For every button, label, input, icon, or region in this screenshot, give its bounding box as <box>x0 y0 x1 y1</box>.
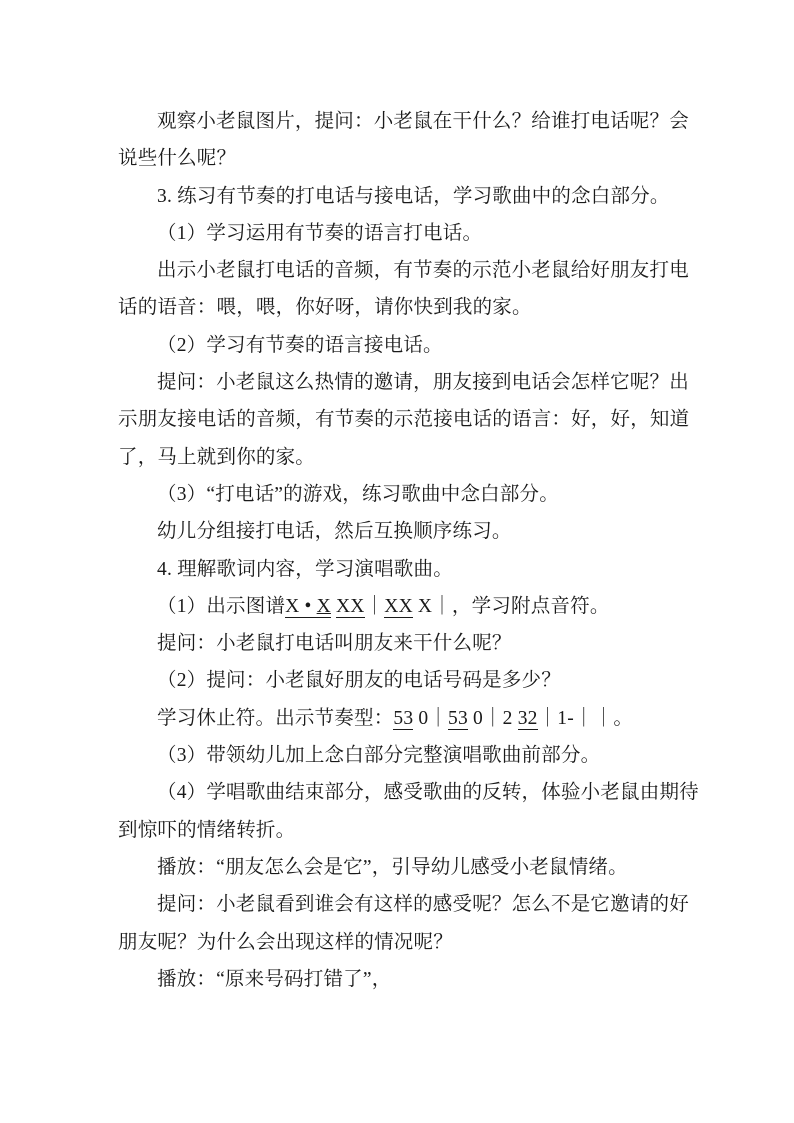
text-line: （1）出示图谱X • X XX｜XX X｜，学习附点音符。 <box>118 588 678 625</box>
text-line: 播放：“朋友怎么会是它”，引导幼儿感受小老鼠情绪。 <box>118 849 678 886</box>
text-line: 观察小老鼠图片，提问：小老鼠在干什么？给谁打电话呢？会 <box>118 103 678 140</box>
text-segment: 0｜2 <box>468 708 518 729</box>
text-line: 朋友呢？为什么会出现这样的情况呢？ <box>118 924 678 961</box>
text-segment: 到惊吓的情绪转折。 <box>118 820 295 841</box>
rhythm-notation-segment: 32 <box>518 708 538 730</box>
text-segment: 播放：“原来号码打错了”， <box>157 969 391 990</box>
text-line: 到惊吓的情绪转折。 <box>118 812 678 849</box>
text-segment: （4）学唱歌曲结束部分，感受歌曲的反转，体验小老鼠由期待 <box>157 782 699 803</box>
text-segment: （2）学习有节奏的语言接电话。 <box>157 335 443 356</box>
rhythm-notation-segment: XX <box>336 596 365 618</box>
text-segment: ｜1-｜｜。 <box>538 708 633 729</box>
text-segment: 出示小老鼠打电话的音频，有节奏的示范小老鼠给好朋友打电 <box>157 260 689 281</box>
text-segment: 观察小老鼠图片，提问：小老鼠在干什么？给谁打电话呢？会 <box>157 111 689 132</box>
text-line: 示朋友接电话的音频，有节奏的示范接电话的语言：好，好，知道 <box>118 401 678 438</box>
text-line: （2）学习有节奏的语言接电话。 <box>118 327 678 364</box>
rhythm-notation-segment: 53 <box>393 708 413 730</box>
text-segment: 播放：“朋友怎么会是它”，引导幼儿感受小老鼠情绪。 <box>157 857 628 878</box>
text-line: （4）学唱歌曲结束部分，感受歌曲的反转，体验小老鼠由期待 <box>118 774 678 811</box>
text-line: 出示小老鼠打电话的音频，有节奏的示范小老鼠给好朋友打电 <box>118 252 678 289</box>
text-line: （3）“打电话”的游戏，练习歌曲中念白部分。 <box>118 476 678 513</box>
text-segment: 示朋友接电话的音频，有节奏的示范接电话的语言：好，好，知道 <box>118 409 689 430</box>
text-line: （1）学习运用有节奏的语言打电话。 <box>118 215 678 252</box>
text-line: 话的语音：喂，喂，你好呀，请你快到我的家。 <box>118 289 678 326</box>
text-line: 3. 练习有节奏的打电话与接电话，学习歌曲中的念白部分。 <box>118 178 678 215</box>
text-segment: 提问：小老鼠看到谁会有这样的感受呢？怎么不是它邀请的好 <box>157 894 689 915</box>
document-page: 观察小老鼠图片，提问：小老鼠在干什么？给谁打电话呢？会说些什么呢？3. 练习有节… <box>0 0 794 1123</box>
text-segment: X｜，学习附点音符。 <box>413 596 610 617</box>
text-segment: 3. 练习有节奏的打电话与接电话，学习歌曲中的念白部分。 <box>157 186 670 207</box>
text-line: 播放：“原来号码打错了”， <box>118 961 678 998</box>
text-segment: 了，马上就到你的家。 <box>118 447 315 468</box>
text-line: 了，马上就到你的家。 <box>118 439 678 476</box>
text-line: （2）提问：小老鼠好朋友的电话号码是多少？ <box>118 662 678 699</box>
text-segment: 说些什么呢？ <box>118 148 236 169</box>
document-content: 观察小老鼠图片，提问：小老鼠在干什么？给谁打电话呢？会说些什么呢？3. 练习有节… <box>118 103 678 998</box>
text-line: 幼儿分组接打电话，然后互换顺序练习。 <box>118 513 678 550</box>
text-segment: 朋友呢？为什么会出现这样的情况呢？ <box>118 932 453 953</box>
text-segment: （1）出示图谱 <box>157 596 285 617</box>
text-line: 提问：小老鼠打电话叫朋友来干什么呢？ <box>118 625 678 662</box>
text-line: 提问：小老鼠这么热情的邀请，朋友接到电话会怎样它呢？出 <box>118 364 678 401</box>
text-segment: 0｜ <box>413 708 448 729</box>
text-segment: （1）学习运用有节奏的语言打电话。 <box>157 223 482 244</box>
text-line: 4. 理解歌词内容，学习演唱歌曲。 <box>118 551 678 588</box>
text-segment: 幼儿分组接打电话，然后互换顺序练习。 <box>157 521 512 542</box>
text-segment: 4. 理解歌词内容，学习演唱歌曲。 <box>157 559 453 580</box>
text-line: 说些什么呢？ <box>118 140 678 177</box>
text-segment: （3）带领幼儿加上念白部分完整演唱歌曲前部分。 <box>157 745 600 766</box>
rhythm-notation-segment: X <box>317 596 331 618</box>
text-segment: （2）提问：小老鼠好朋友的电话号码是多少？ <box>157 670 561 691</box>
text-segment: （3）“打电话”的游戏，练习歌曲中念白部分。 <box>157 484 559 505</box>
rhythm-notation-segment: XX <box>384 596 413 618</box>
text-segment: 话的语音：喂，喂，你好呀，请你快到我的家。 <box>118 297 532 318</box>
text-line: 学习休止符。出示节奏型：53 0｜53 0｜2 32｜1-｜｜。 <box>118 700 678 737</box>
text-segment: 提问：小老鼠这么热情的邀请，朋友接到电话会怎样它呢？出 <box>157 372 689 393</box>
text-line: （3）带领幼儿加上念白部分完整演唱歌曲前部分。 <box>118 737 678 774</box>
rhythm-notation-segment: X • <box>285 596 316 618</box>
text-segment: 提问：小老鼠打电话叫朋友来干什么呢？ <box>157 633 512 654</box>
text-line: 提问：小老鼠看到谁会有这样的感受呢？怎么不是它邀请的好 <box>118 886 678 923</box>
text-segment: 学习休止符。出示节奏型： <box>157 708 393 729</box>
rhythm-notation-segment: 53 <box>448 708 468 730</box>
text-segment: ｜ <box>365 596 385 617</box>
